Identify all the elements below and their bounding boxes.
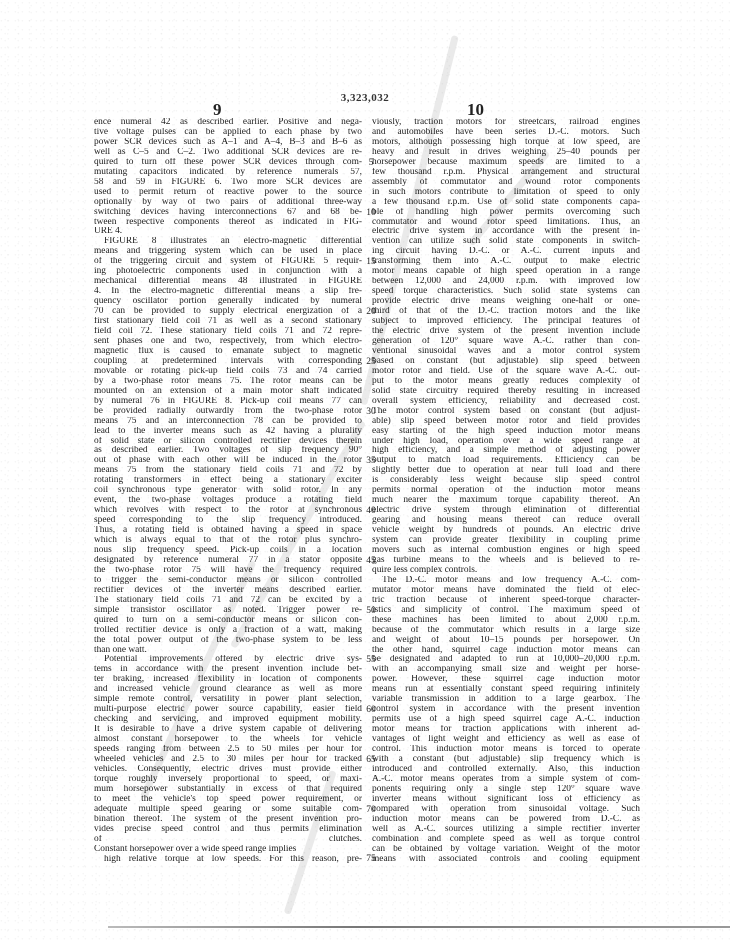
text-line: transforming them into A.-C. output to m… xyxy=(372,257,640,267)
text-line: designated by reference numeral 77 in a … xyxy=(94,556,362,566)
text-line: wheeled vehicles and 2.5 to 30 miles per… xyxy=(94,755,362,765)
text-line: subject to improved efficiency. The prin… xyxy=(372,317,640,327)
text-line: Potential improvements offered by electr… xyxy=(94,655,362,665)
text-line: be designated and adapted to run at 10,0… xyxy=(372,655,640,665)
text-line: movable or rotating pick-up field coils … xyxy=(94,367,362,377)
text-line: 4. In the electro-magnetic differential … xyxy=(94,287,362,297)
text-line: torque roughly inversely proportional to… xyxy=(94,775,362,785)
text-line: optionally by way of two pairs of additi… xyxy=(94,198,362,208)
text-line: permits use of a high speed squirrel cag… xyxy=(372,715,640,725)
text-line: FIGURE 8 illustrates an electro-magnetic… xyxy=(94,237,362,247)
text-line: lead to the inverter means such as 42 ha… xyxy=(94,427,362,437)
text-line: sent phases one and two, respectively, f… xyxy=(94,337,362,347)
text-line: field coil 72. These stationary field co… xyxy=(94,327,362,337)
text-line: well as A.-C. sources utilizing a simple… xyxy=(372,825,640,835)
text-line: switching devices having interconnection… xyxy=(94,208,362,218)
text-line: which revolves with respect to the rotor… xyxy=(94,506,362,516)
text-line: rotating transformers in effect being a … xyxy=(94,476,362,486)
text-line: few thousand r.p.m. Physical arrangement… xyxy=(372,168,640,178)
text-line: quency oscillator portion generally indi… xyxy=(94,297,362,307)
text-line: of the triggering circuit and system of … xyxy=(94,257,362,267)
text-line: vantages of light weight and efficiency … xyxy=(372,735,640,745)
text-line: high relative torque at low speeds. For … xyxy=(94,855,362,865)
text-line: the electric drive system of the present… xyxy=(372,327,640,337)
text-line: to trigger the semi-conductor means or s… xyxy=(94,576,362,586)
text-line: introduced and controlled externally. Al… xyxy=(372,765,640,775)
text-line: compared with operation from sinusoidal … xyxy=(372,805,640,815)
text-line: high efficiency, and a simple method of … xyxy=(372,446,640,456)
text-line: overall system efficiency, reliability a… xyxy=(372,397,640,407)
right-text-column: viously, traction motors for streetcars,… xyxy=(372,118,640,864)
line-number: 10 xyxy=(363,208,379,218)
text-line: which is always equal to that of the rot… xyxy=(94,536,362,546)
text-line: trolled rectifier device is only a fract… xyxy=(94,626,362,636)
text-line: The D.-C. motor means and low frequency … xyxy=(372,576,640,586)
text-line: means 75 from the stationary field coils… xyxy=(94,466,362,476)
line-number: 35 xyxy=(363,456,379,466)
text-line: electric drive system through eliminatio… xyxy=(372,506,640,516)
text-line: ence numeral 42 as described earlier. Po… xyxy=(94,118,362,128)
text-line: first stationary field coil 71 as well a… xyxy=(94,317,362,327)
line-number: 40 xyxy=(363,506,379,516)
text-line: heavy and result in drives weighing 25–4… xyxy=(372,148,640,158)
text-line: commutator and wound rotor speed limitat… xyxy=(372,218,640,228)
text-line: motor rotor and field. Use of the square… xyxy=(372,367,640,377)
text-line: combination and complete speed as well a… xyxy=(372,835,640,845)
text-line: rectifier devices of the inverter means … xyxy=(94,586,362,596)
text-line: ing circuit having D.-C. or A.-C. curren… xyxy=(372,247,640,257)
text-line: variable transmission in addition to a l… xyxy=(372,695,640,705)
text-line: gas turbine means to the wheels and is b… xyxy=(372,556,640,566)
line-number: 45 xyxy=(363,556,379,566)
text-line: viously, traction motors for streetcars,… xyxy=(372,118,640,128)
line-number: 55 xyxy=(363,655,379,665)
text-line: can be obtained by voltage variation. We… xyxy=(372,845,640,855)
text-line: a few thousand r.p.m. Use of solid state… xyxy=(372,198,640,208)
text-line: be provided radially outwardly from the … xyxy=(94,407,362,417)
text-line: ble of handling high power permits overc… xyxy=(372,208,640,218)
line-number: 75 xyxy=(363,854,379,864)
text-line: vides precise speed control and thus per… xyxy=(94,825,362,835)
text-line: between 12,000 and 24,000 r.p.m. with im… xyxy=(372,277,640,287)
text-line: ventional sinusoidal waves and a motor c… xyxy=(372,347,640,357)
text-line: nous slip frequency speed. Pick-up coils… xyxy=(94,546,362,556)
line-number: 65 xyxy=(363,755,379,765)
line-number: 20 xyxy=(363,307,379,317)
right-column-number: 10 xyxy=(467,100,484,120)
text-line: induction motor means can be powered fro… xyxy=(372,815,640,825)
text-line: mum horsepower substantially in excess o… xyxy=(94,785,362,795)
text-line: bination thereof. The system of the pres… xyxy=(94,815,362,825)
text-line: assembly of commutator and wound rotor c… xyxy=(372,178,640,188)
text-line: coil synchronous type generator with sol… xyxy=(94,486,362,496)
line-number: 70 xyxy=(363,805,379,815)
text-line: with an accompanying small size and weig… xyxy=(372,665,640,675)
text-line: A.-C. motor means operates from a simple… xyxy=(372,775,640,785)
text-line: URE 4. xyxy=(94,227,362,237)
text-line: provide electric drive means weighing on… xyxy=(372,297,640,307)
text-line: vention can utilize such solid state com… xyxy=(372,237,640,247)
text-line: mounted on an extension of a main motor … xyxy=(94,387,362,397)
text-line: multi-purpose electric power source capa… xyxy=(94,705,362,715)
text-line: easy starting of the high speed inductio… xyxy=(372,427,640,437)
text-line: third of that of the D.-C. traction moto… xyxy=(372,307,640,317)
text-line: speeds ranging from between 2.5 to 50 mi… xyxy=(94,745,362,755)
text-line: ter braking, increased flexibility in lo… xyxy=(94,675,362,685)
text-line: power SCR devices such as A–1 and A–4, B… xyxy=(94,138,362,148)
text-line: quired to turn on a semi-conductor means… xyxy=(94,616,362,626)
text-line: and weight of about 10–15 pounds per hor… xyxy=(372,636,640,646)
text-line: gearing and housing means thereof can re… xyxy=(372,516,640,526)
text-line: inverter means without significant loss … xyxy=(372,795,640,805)
text-line: horsepower because maximum speeds are li… xyxy=(372,158,640,168)
text-line: as described earlier. Two voltages of sl… xyxy=(94,446,362,456)
text-line: almost constant horsepower to the wheels… xyxy=(94,735,362,745)
text-line: to meet the vehicle's top speed power re… xyxy=(94,795,362,805)
text-line: istics and simplicity of control. The ma… xyxy=(372,606,640,616)
text-line: It is desirable to have a drive system c… xyxy=(94,725,362,735)
text-line: the total power output of the two-phase … xyxy=(94,636,362,646)
text-line: quire less complex controls. xyxy=(372,566,640,576)
text-line: mutator motor means have dominated the f… xyxy=(372,586,640,596)
line-number: 5 xyxy=(363,158,379,168)
text-line: quired to turn off these power SCR devic… xyxy=(94,158,362,168)
text-line: out of phase with each other will be ind… xyxy=(94,456,362,466)
line-number: 50 xyxy=(363,606,379,616)
text-line: simple remote control, versatility in po… xyxy=(94,695,362,705)
left-text-column: ence numeral 42 as described earlier. Po… xyxy=(94,118,362,864)
text-line: by numeral 76 in FIGURE 8. Pick-up coil … xyxy=(94,397,362,407)
text-line: because of the commutator which results … xyxy=(372,626,640,636)
text-line: motors, although possessing high torque … xyxy=(372,138,640,148)
text-line: well as C–5 and C–2. Two additional SCR … xyxy=(94,148,362,158)
text-line: put to the motor means greatly reduces c… xyxy=(372,377,640,387)
text-line: much nearer the maximum torque capabilit… xyxy=(372,496,640,506)
text-line: means with associated controls and cooli… xyxy=(372,855,640,865)
text-line: 58 and 59 in FIGURE 6. Two more SCR devi… xyxy=(94,178,362,188)
text-line: the other hand, squirrel cage induction … xyxy=(372,646,640,656)
text-line: tric traction because of inherent speed-… xyxy=(372,596,640,606)
text-line: generation of 120° square wave A.-C. rat… xyxy=(372,337,640,347)
text-line: 70 can be provided to supply electrical … xyxy=(94,307,362,317)
text-line: motor means for traction applications wi… xyxy=(372,725,640,735)
line-number: 60 xyxy=(363,705,379,715)
text-line: output to match load requirements. Effic… xyxy=(372,456,640,466)
left-column-number: 9 xyxy=(213,100,222,120)
patent-number: 3,323,032 xyxy=(0,92,730,104)
text-line: vehicles. Consequently, electric drives … xyxy=(94,765,362,775)
text-line: is considerably less weight because slip… xyxy=(372,476,640,486)
text-line: coupling at predetermined intervals with… xyxy=(94,357,362,367)
text-line: power. However, these squirrel cage indu… xyxy=(372,675,640,685)
text-line: these machines has been limited to about… xyxy=(372,616,640,626)
text-line: simple transistor oscillator as noted. T… xyxy=(94,606,362,616)
text-line: Constant horsepower over a wide speed ra… xyxy=(94,845,362,855)
text-line: by a two-phase rotor means 75. The rotor… xyxy=(94,377,362,387)
text-line: system can provide greater flexibility i… xyxy=(372,536,640,546)
text-line: with a constant (but adjustable) slip fr… xyxy=(372,755,640,765)
text-line: mechanical differential means 48 illustr… xyxy=(94,277,362,287)
text-line: magnetic flux is caused to emanate subje… xyxy=(94,347,362,357)
text-line: ponents requiring only a single step 120… xyxy=(372,785,640,795)
text-line: control system in accordance with the pr… xyxy=(372,705,640,715)
text-line: tween respective components thereof as i… xyxy=(94,218,362,228)
text-line: means and triggering system which can be… xyxy=(94,247,362,257)
text-line: solid state circuitry required thereby r… xyxy=(372,387,640,397)
text-line: permits normal operation of the inductio… xyxy=(372,486,640,496)
text-line: and increased vehicle ground clearance a… xyxy=(94,685,362,695)
text-line: than one watt. xyxy=(94,646,362,656)
text-line: speed corresponding to the slip frequenc… xyxy=(94,516,362,526)
text-line: means run at essentially constant speed … xyxy=(372,685,640,695)
line-number: 15 xyxy=(363,257,379,267)
text-line: speed torque characteristics. Such solid… xyxy=(372,287,640,297)
text-line: of clutches. xyxy=(94,835,362,845)
text-line: based on constant (but adjustable) slip … xyxy=(372,357,640,367)
text-line: mutating capacitors indicated by referen… xyxy=(94,168,362,178)
text-line: of solid state or silicon controlled rec… xyxy=(94,437,362,447)
text-line: The motor control system based on consta… xyxy=(372,407,640,417)
text-line: event, the two-phase voltages produce a … xyxy=(94,496,362,506)
page-bottom-edge xyxy=(108,926,730,928)
text-line: control. This induction motor means is f… xyxy=(372,745,640,755)
text-line: Thus, a rotating field is obtained havin… xyxy=(94,526,362,536)
text-line: the two-phase rotor 75 will have the fre… xyxy=(94,566,362,576)
text-line: movers such as internal combustion engin… xyxy=(372,546,640,556)
text-line: under high load, operation over a wide s… xyxy=(372,437,640,447)
text-line: tems in accordance with the present inve… xyxy=(94,665,362,675)
text-line: means 75 and an interconnection 78 can b… xyxy=(94,417,362,427)
text-line: ing photoelectric components used in con… xyxy=(94,267,362,277)
text-line: electric drive system in accordance with… xyxy=(372,227,640,237)
text-line: motor means capable of high speed operat… xyxy=(372,267,640,277)
text-line: vehicle weight by hundreds of pounds. An… xyxy=(372,526,640,536)
text-line: and automobiles have been series D.-C. m… xyxy=(372,128,640,138)
text-line: used to permit return of reactive power … xyxy=(94,188,362,198)
text-line: adequate multiple speed gearing or some … xyxy=(94,805,362,815)
line-number: 30 xyxy=(363,407,379,417)
text-line: able) slip speed between motor rotor and… xyxy=(372,417,640,427)
line-number: 25 xyxy=(363,357,379,367)
text-line: in such motors contribute to limitation … xyxy=(372,188,640,198)
text-line: slightly better due to operation at near… xyxy=(372,466,640,476)
text-line: tive voltage pulses can be applied to ea… xyxy=(94,128,362,138)
text-line: checking and servicing, and improved equ… xyxy=(94,715,362,725)
text-line: The stationary field coils 71 and 72 can… xyxy=(94,596,362,606)
